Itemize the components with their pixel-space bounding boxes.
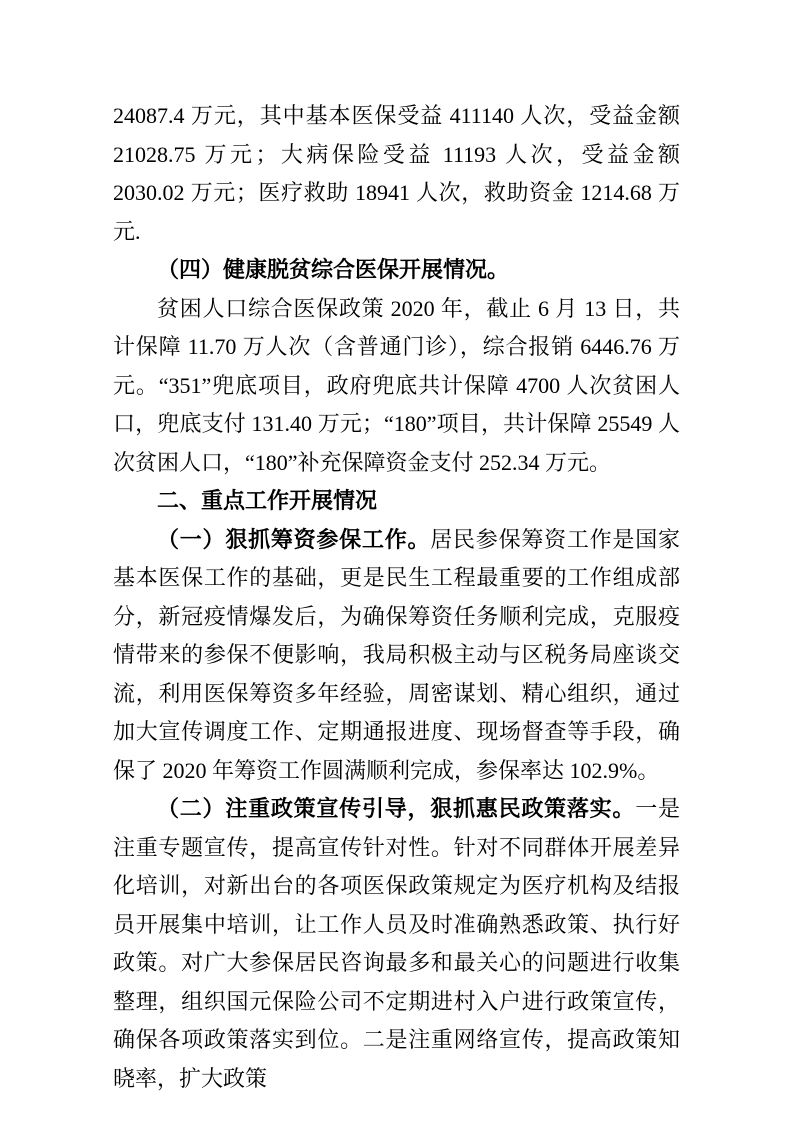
paragraph-poverty-insurance-policy: 贫困人口综合医保政策 2020 年，截止 6 月 13 日，共计保障 11.70… [113, 290, 680, 483]
paragraph-item-1-text: 居民参保筹资工作是国家基本医保工作的基础，更是民生工程最重要的工作组成部分，新冠… [113, 527, 680, 783]
document-page: 24087.4 万元，其中基本医保受益 411140 人次，受益金额 21028… [0, 0, 793, 1122]
paragraph-item-2-lead: （二）注重政策宣传引导，狠抓惠民政策落实。 [157, 796, 635, 821]
paragraph-item-2-text: 一是注重专题宣传，提高宣传针对性。针对不同群体开展差异化培训，对新出台的各项医保… [113, 796, 680, 1091]
heading-part-2-key-work: 二、重点工作开展情况 [113, 482, 680, 521]
paragraph-item-1-lead: （一）狠抓筹资参保工作。 [157, 527, 430, 552]
heading-section-4-health-poverty-relief: （四）健康脱贫综合医保开展情况。 [113, 251, 680, 290]
paragraph-item-1-fundraising: （一）狠抓筹资参保工作。居民参保筹资工作是国家基本医保工作的基础，更是民生工程最… [113, 521, 680, 791]
paragraph-item-2-policy-publicity: （二）注重政策宣传引导，狠抓惠民政策落实。一是注重专题宣传，提高宣传针对性。针对… [113, 790, 680, 1098]
paragraph-benefit-statistics: 24087.4 万元，其中基本医保受益 411140 人次，受益金额 21028… [113, 97, 680, 251]
